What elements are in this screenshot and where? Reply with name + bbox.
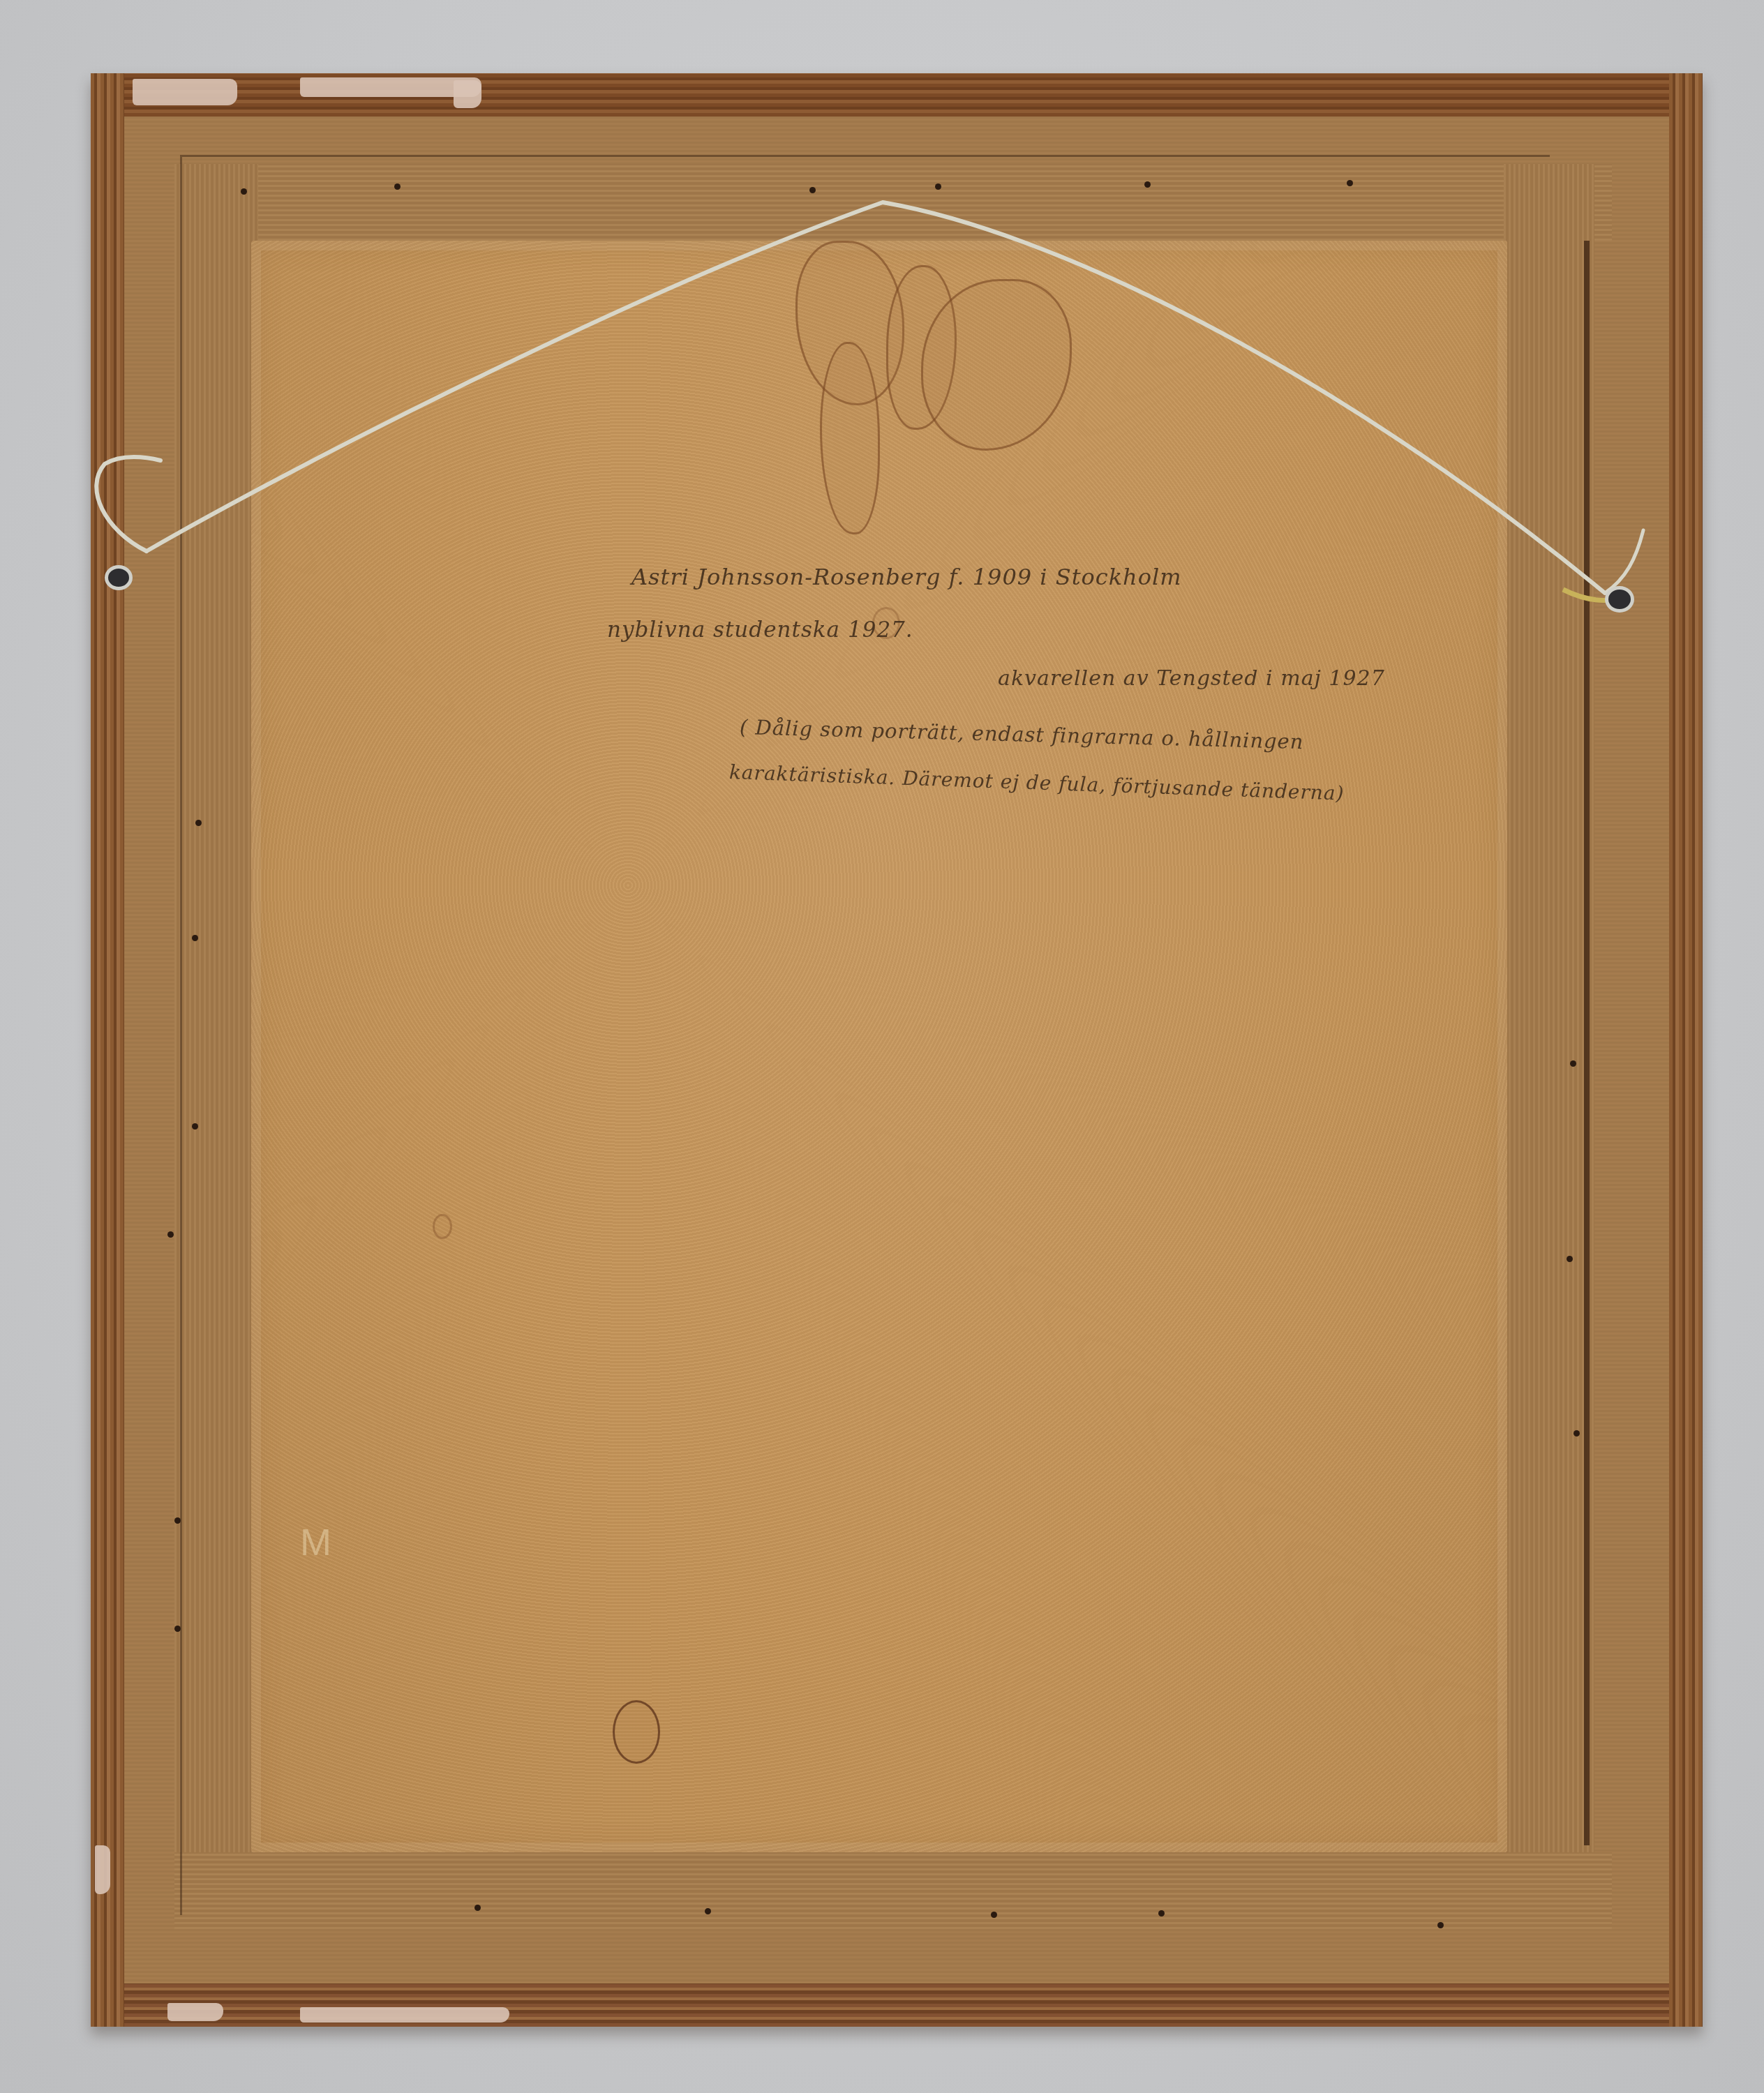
hanging-wire [0, 0, 1764, 2093]
screw-eye-right-icon [1605, 586, 1634, 613]
screw-eye-left-icon [105, 565, 133, 590]
